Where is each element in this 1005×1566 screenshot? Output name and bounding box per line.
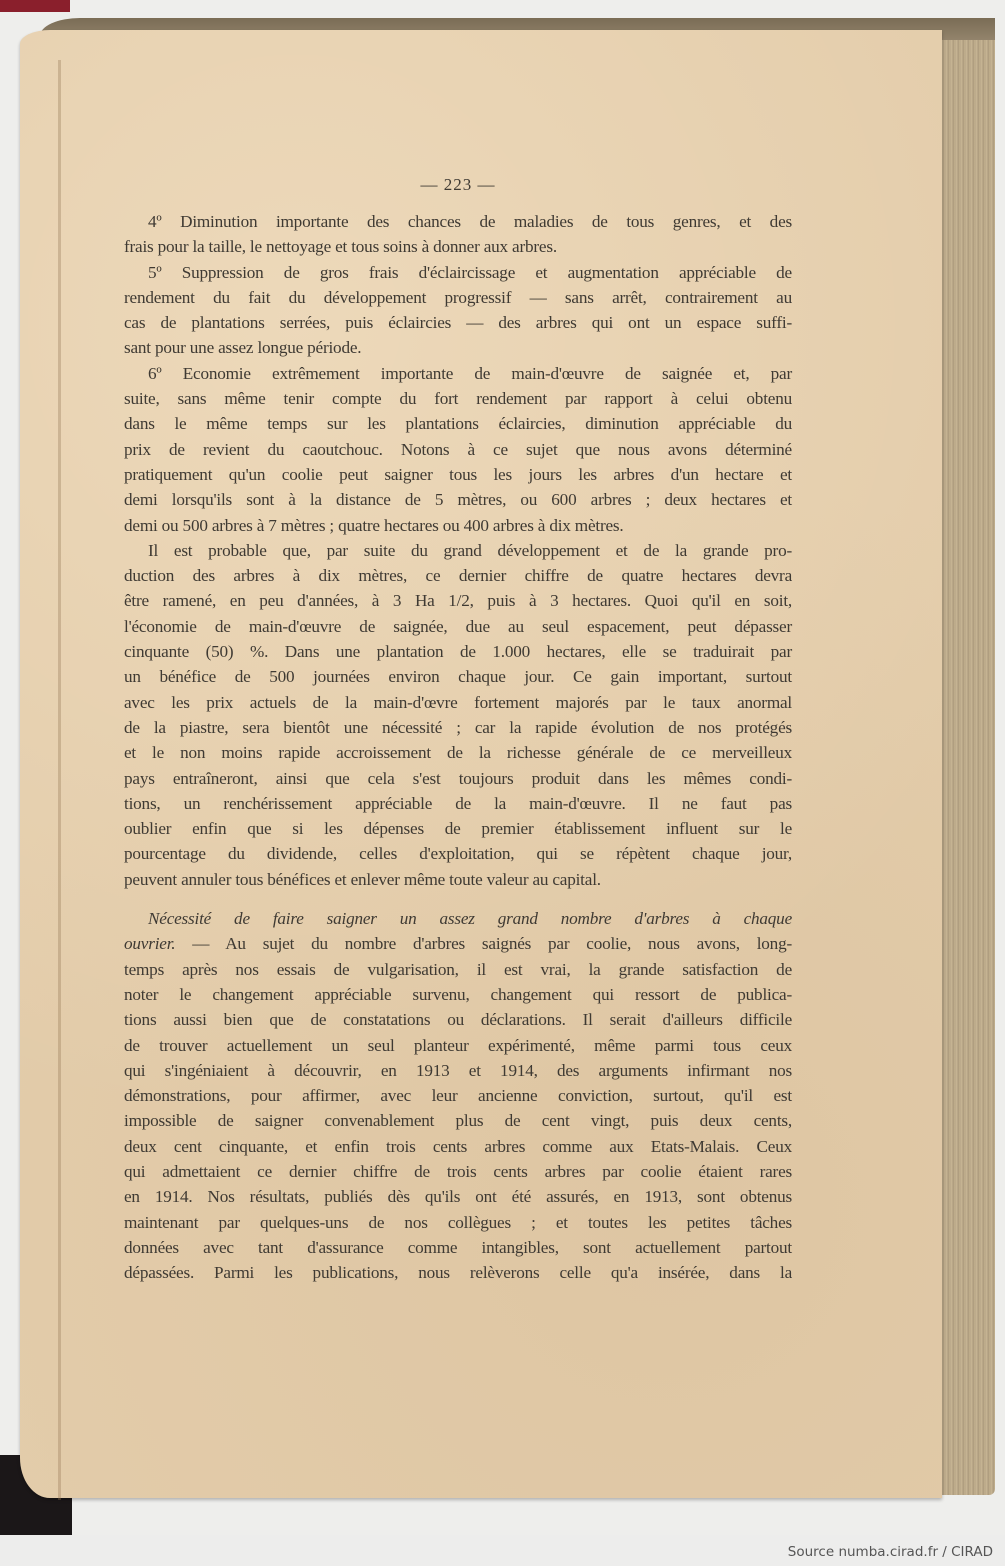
text-line: cas de plantations serrées, puis éclairc… bbox=[124, 310, 792, 335]
section-heading-end: ouvrier. bbox=[124, 934, 175, 953]
text-line: qui s'ingéniaient à découvrir, en 1913 e… bbox=[124, 1058, 792, 1083]
text-line: demi lorsqu'ils sont à la distance de 5 … bbox=[124, 487, 792, 512]
section-heading: Nécessité de faire saigner un assez gran… bbox=[124, 906, 792, 931]
paragraph-4: 4º Diminution importante des chances de … bbox=[124, 209, 792, 260]
book-binding-red bbox=[0, 0, 70, 12]
text-line: pourcentage du dividende, celles d'explo… bbox=[124, 841, 792, 866]
text-line: cinquante (50) %. Dans une plantation de… bbox=[124, 639, 792, 664]
section-heading-text: Nécessité de faire saigner un assez gran… bbox=[148, 909, 792, 928]
page-number: — 223 — bbox=[124, 175, 792, 197]
text-line: rendement du fait du développement progr… bbox=[124, 285, 792, 310]
text-line: en 1914. Nos résultats, publiés dès qu'i… bbox=[124, 1184, 792, 1209]
text-line: un bénéfice de 500 journées environ chaq… bbox=[124, 664, 792, 689]
text-line: l'économie de main-d'œuvre de saignée, d… bbox=[124, 614, 792, 639]
text-line: prix de revient du caoutchouc. Notons à … bbox=[124, 437, 792, 462]
text-line: sant pour une assez longue période. bbox=[124, 335, 792, 360]
text-line: 5º Suppression de gros frais d'éclaircis… bbox=[124, 260, 792, 285]
text-line: dépassées. Parmi les publications, nous … bbox=[124, 1260, 792, 1285]
text-line: noter le changement appréciable survenu,… bbox=[124, 982, 792, 1007]
text-line: suite, sans même tenir compte du fort re… bbox=[124, 386, 792, 411]
text-line: dans le même temps sur les plantations é… bbox=[124, 411, 792, 436]
text-line: ouvrier. — Au sujet du nombre d'arbres s… bbox=[124, 931, 792, 956]
text-line: tions, un renchérissement appréciable de… bbox=[124, 791, 792, 816]
page-gutter bbox=[58, 60, 61, 1500]
text-line: être ramené, en peu d'années, à 3 Ha 1/2… bbox=[124, 588, 792, 613]
text-line: 6º Economie extrêmement importante de ma… bbox=[124, 361, 792, 386]
section-spacer bbox=[124, 892, 792, 906]
text-line: avec les prix actuels de la main-d'œvre … bbox=[124, 690, 792, 715]
paragraph-6: 6º Economie extrêmement importante de ma… bbox=[124, 361, 792, 538]
text-line: pays entraîneront, ainsi que cela s'est … bbox=[124, 766, 792, 791]
text-line: 4º Diminution importante des chances de … bbox=[124, 209, 792, 234]
text-line: duction des arbres à dix mètres, ce dern… bbox=[124, 563, 792, 588]
text-line: de la piastre, sera bientôt une nécessit… bbox=[124, 715, 792, 740]
text-line-rest: — Au sujet du nombre d'arbres saignés pa… bbox=[175, 934, 792, 953]
page-text: — 223 — 4º Diminution importante des cha… bbox=[124, 175, 792, 1285]
text-line: temps après nos essais de vulgarisation,… bbox=[124, 957, 792, 982]
text-line: et le non moins rapide accroissement de … bbox=[124, 740, 792, 765]
scan-background: — 223 — 4º Diminution importante des cha… bbox=[0, 0, 1005, 1535]
text-line: données avec tant d'assurance comme inta… bbox=[124, 1235, 792, 1260]
text-line: de trouver actuellement un seul planteur… bbox=[124, 1033, 792, 1058]
text-line: tions aussi bien que de constatations ou… bbox=[124, 1007, 792, 1032]
page-stack-edges bbox=[935, 40, 995, 1495]
paragraph-5: 5º Suppression de gros frais d'éclaircis… bbox=[124, 260, 792, 361]
text-line: peuvent annuler tous bénéfices et enleve… bbox=[124, 867, 792, 892]
source-credit: Source numba.cirad.fr / CIRAD bbox=[788, 1544, 993, 1560]
text-line: deux cent cinquante, et enfin trois cent… bbox=[124, 1134, 792, 1159]
text-line: pratiquement qu'un coolie peut saigner t… bbox=[124, 462, 792, 487]
text-line: démonstrations, pour affirmer, avec leur… bbox=[124, 1083, 792, 1108]
text-line: qui admettaient ce dernier chiffre de tr… bbox=[124, 1159, 792, 1184]
text-line: demi ou 500 arbres à 7 mètres ; quatre h… bbox=[124, 513, 792, 538]
text-line: impossible de saigner convenablement plu… bbox=[124, 1108, 792, 1133]
text-line: Il est probable que, par suite du grand … bbox=[124, 538, 792, 563]
text-line: frais pour la taille, le nettoyage et to… bbox=[124, 234, 792, 259]
text-line: maintenant par quelques-uns de nos collè… bbox=[124, 1210, 792, 1235]
paragraph-probable: Il est probable que, par suite du grand … bbox=[124, 538, 792, 892]
section-necessite: Nécessité de faire saigner un assez gran… bbox=[124, 906, 792, 1285]
text-line: oublier enfin que si les dépenses de pre… bbox=[124, 816, 792, 841]
